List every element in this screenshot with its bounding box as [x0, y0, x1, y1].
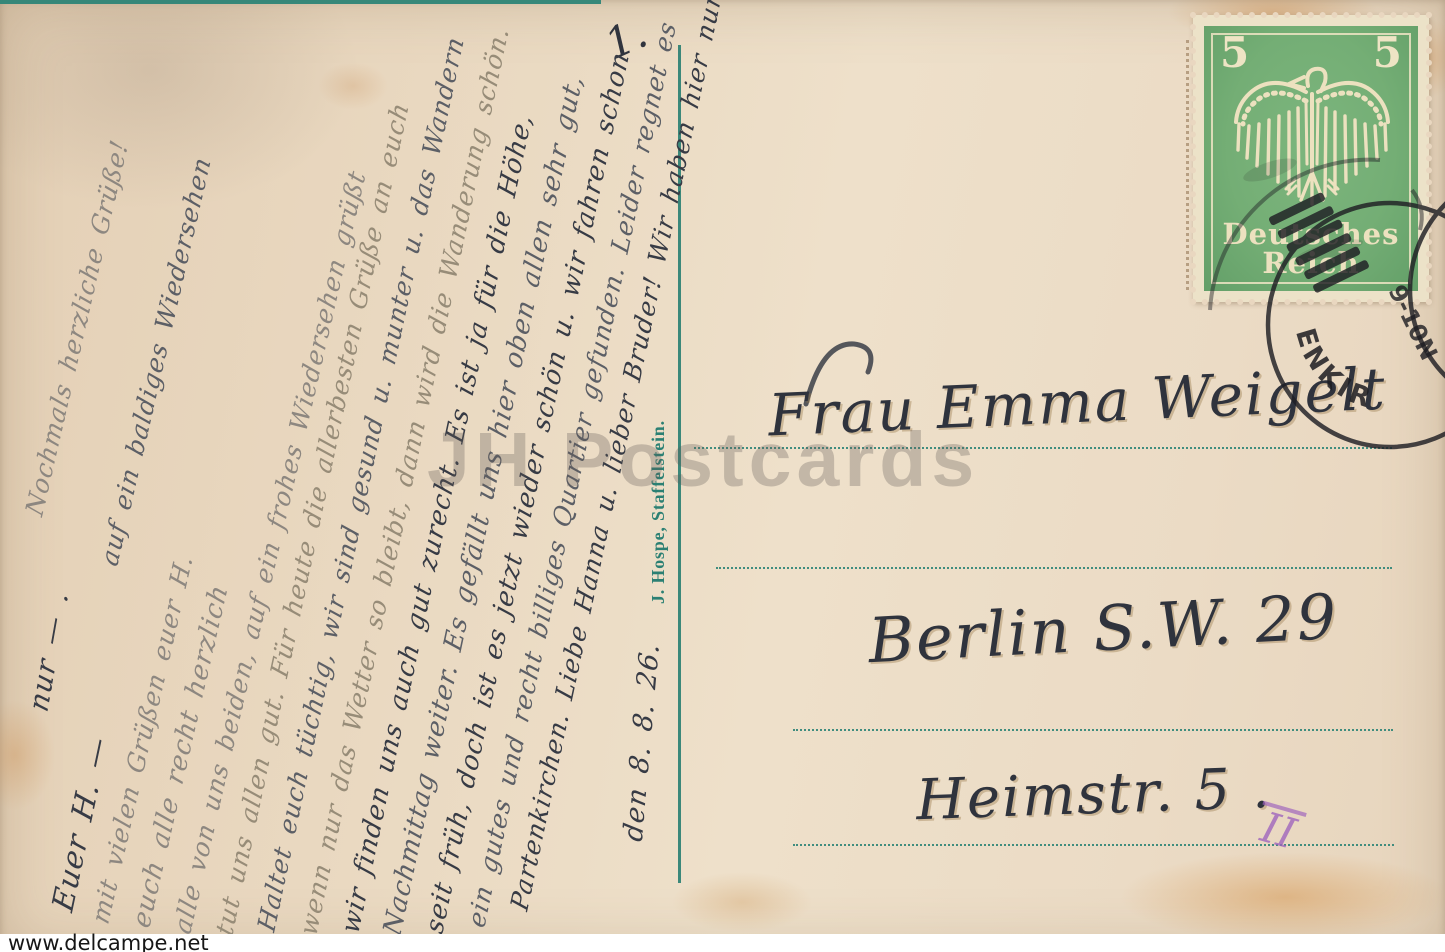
address-line-3-solid — [0, 0, 601, 4]
stamp-country-line1: Deutsches — [1204, 220, 1418, 248]
stain-top-left-shade — [0, 0, 360, 210]
address-line-3-dotted — [793, 729, 1393, 731]
delcampe-watermark-url: www.delcampe.net — [8, 931, 209, 952]
stain-top-small — [318, 62, 388, 110]
handwritten-city: Berlin S.W. 29 — [866, 580, 1340, 678]
handwritten-street: Heimstr. 5 . — [915, 756, 1273, 833]
postage-stamp: 5 5 — [1193, 15, 1429, 302]
stain-bottom-center — [672, 872, 812, 932]
jh-postcards-watermark: JH Postcards — [427, 416, 979, 505]
stain-left-edge — [0, 700, 55, 810]
message-line: den 8. 8. 26. — [618, 640, 666, 844]
perforation-dots — [1186, 40, 1189, 290]
message-line: nur — . — [22, 587, 75, 715]
postcard-scan: J. Hospe, Staffelstein. 1. den 8. 8. 26.… — [0, 0, 1445, 952]
address-line-2 — [716, 567, 1392, 569]
stain-bottom-right — [1120, 852, 1445, 942]
address-line-4 — [793, 844, 1394, 846]
stamp-country-line2: Reich — [1204, 249, 1418, 277]
eagle-icon — [1211, 54, 1411, 224]
scan-footer-strip — [0, 934, 1445, 952]
stamp-country-text: Deutsches Reich — [1204, 220, 1418, 277]
stamp-green-field: 5 5 — [1204, 26, 1418, 291]
